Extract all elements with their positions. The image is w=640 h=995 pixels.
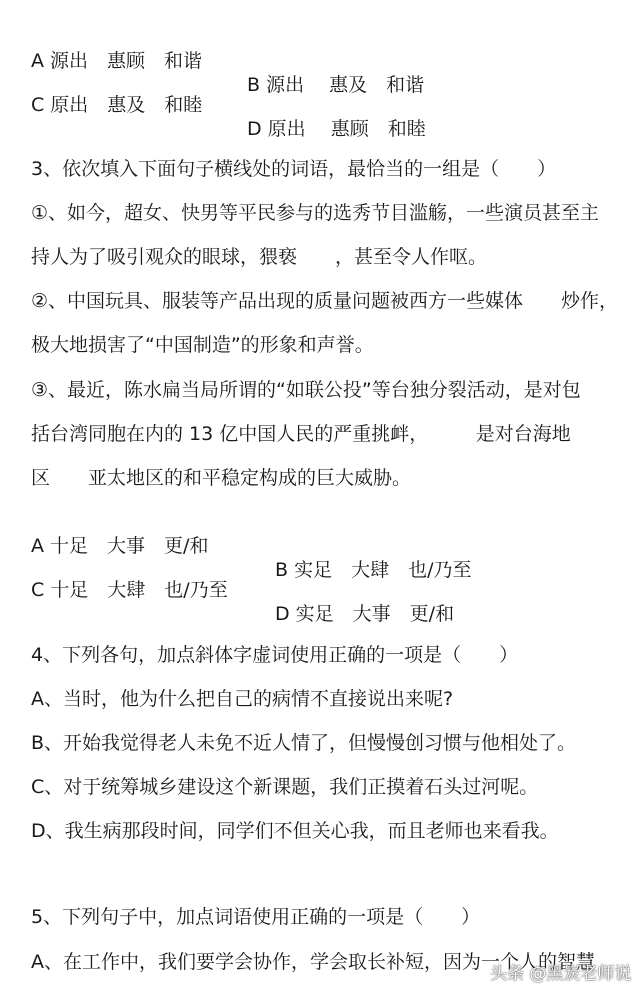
q4-stem: 4、下列各句，加点斜体字虚词使用正确的一项是（ ） (31, 643, 518, 667)
q3-option-d: D 实足 大事 更/和 (275, 602, 454, 626)
q2-option-c: C 原出 惠及 和睦 (31, 93, 202, 117)
q3-line-4: 极大地损害了“中国制造”的形象和声誉。 (31, 333, 374, 357)
q2-option-a: A 源出 惠顾 和谐 (31, 49, 202, 73)
q3-line-7: 区 亚太地区的和平稳定构成的巨大威胁。 (31, 466, 411, 490)
q4-option-d: D、我生病那段时间，同学们不但关心我，而且老师也来看我。 (31, 819, 559, 843)
q2-option-d: D 原出 惠顾 和睦 (247, 117, 426, 141)
q4-option-c: C、对于统筹城乡建设这个新课题，我们正摸着石头过河呢。 (31, 775, 538, 799)
q3-option-c: C 十足 大肆 也/乃至 (31, 578, 228, 602)
q3-option-b: B 实足 大肆 也/乃至 (275, 558, 471, 582)
q3-line-5: ③、最近，陈水扁当局所谓的“如联公投”等台独分裂活动，是对包 (31, 378, 581, 402)
q3-line-3: ②、中国玩具、服装等产品出现的质量问题被西方一些媒体 炒作， (31, 289, 618, 313)
q3-line-1: ①、如今，超女、快男等平民参与的选秀节目滥觞，一些演员甚至主 (31, 201, 599, 225)
q3-options-row-2: C 十足 大肆 也/乃至 D 实足 大事 更/和 (31, 554, 43, 626)
q3-line-6: 括台湾同胞在内的 13 亿中国人民的严重挑衅， 是对台海地 (31, 422, 571, 446)
q2-option-b: B 源出 惠及 和谐 (247, 73, 424, 97)
q4-option-a: A、当时，他为什么把自己的病情不直接说出来呢? (31, 687, 453, 711)
q3-line-2: 持人为了吸引观众的眼球，猥亵 ，甚至令人作呕。 (31, 245, 487, 269)
q2-options-row-2: C 原出 惠及 和睦 D 原出 惠顾 和睦 (31, 69, 43, 141)
watermark: 头条 @黑炭老师说 (490, 963, 631, 985)
q4-option-b: B、开始我觉得老人未免不近人情了，但慢慢创习惯与他相处了。 (31, 731, 576, 755)
q3-option-a: A 十足 大事 更/和 (31, 534, 208, 558)
q3-stem: 3、依次填入下面句子横线处的词语，最恰当的一组是（ ） (31, 157, 556, 181)
q5-stem: 5、下列句子中，加点词语使用正确的一项是（ ） (31, 905, 480, 929)
